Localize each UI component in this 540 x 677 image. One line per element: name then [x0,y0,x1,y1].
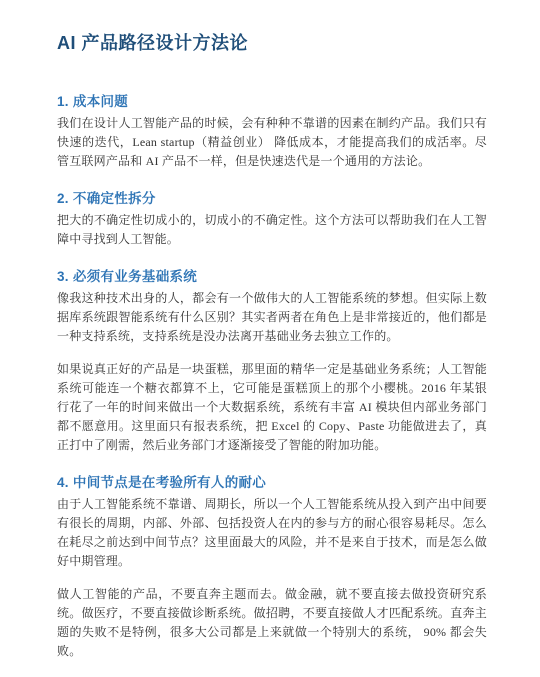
section-middle-node: 4. 中间节点是在考验所有人的耐心 由于人工智能系统不靠谱、周期长，所以一个人工… [57,473,487,661]
document-page: AI 产品路径设计方法论 1. 成本问题 我们在设计人工智能产品的时候，会有种种… [0,0,540,677]
paragraph: 做人工智能的产品，不要直奔主题而去。做金融，就不要直接去做投资研究系统。做医疗，… [57,585,487,661]
section-uncertainty: 2. 不确定性拆分 把大的不确定性切成小的，切成小的不确定性。这个方法可以帮助我… [57,189,487,249]
section-heading-3: 3. 必须有业务基础系统 [57,267,487,287]
paragraph: 如果说真正好的产品是一块蛋糕，那里面的精华一定是基础业务系统；人工智能系统可能连… [57,360,487,455]
paragraph: 像我这种技术出身的人，都会有一个做伟大的人工智能系统的梦想。但实际上数据库系统跟… [57,289,487,346]
section-heading-1: 1. 成本问题 [57,92,487,112]
paragraph: 我们在设计人工智能产品的时候，会有种种不靠谱的因素在制约产品。我们只有快速的迭代… [57,114,487,171]
section-cost: 1. 成本问题 我们在设计人工智能产品的时候，会有种种不靠谱的因素在制约产品。我… [57,92,487,171]
section-business-foundation: 3. 必须有业务基础系统 像我这种技术出身的人，都会有一个做伟大的人工智能系统的… [57,267,487,455]
paragraph: 把大的不确定性切成小的，切成小的不确定性。这个方法可以帮助我们在人工智障中寻找到… [57,211,487,249]
section-heading-4: 4. 中间节点是在考验所有人的耐心 [57,473,487,493]
paragraph: 由于人工智能系统不靠谱、周期长，所以一个人工智能系统从投入到产出中间要有很长的周… [57,495,487,571]
document-title: AI 产品路径设计方法论 [57,30,487,56]
section-heading-2: 2. 不确定性拆分 [57,189,487,209]
